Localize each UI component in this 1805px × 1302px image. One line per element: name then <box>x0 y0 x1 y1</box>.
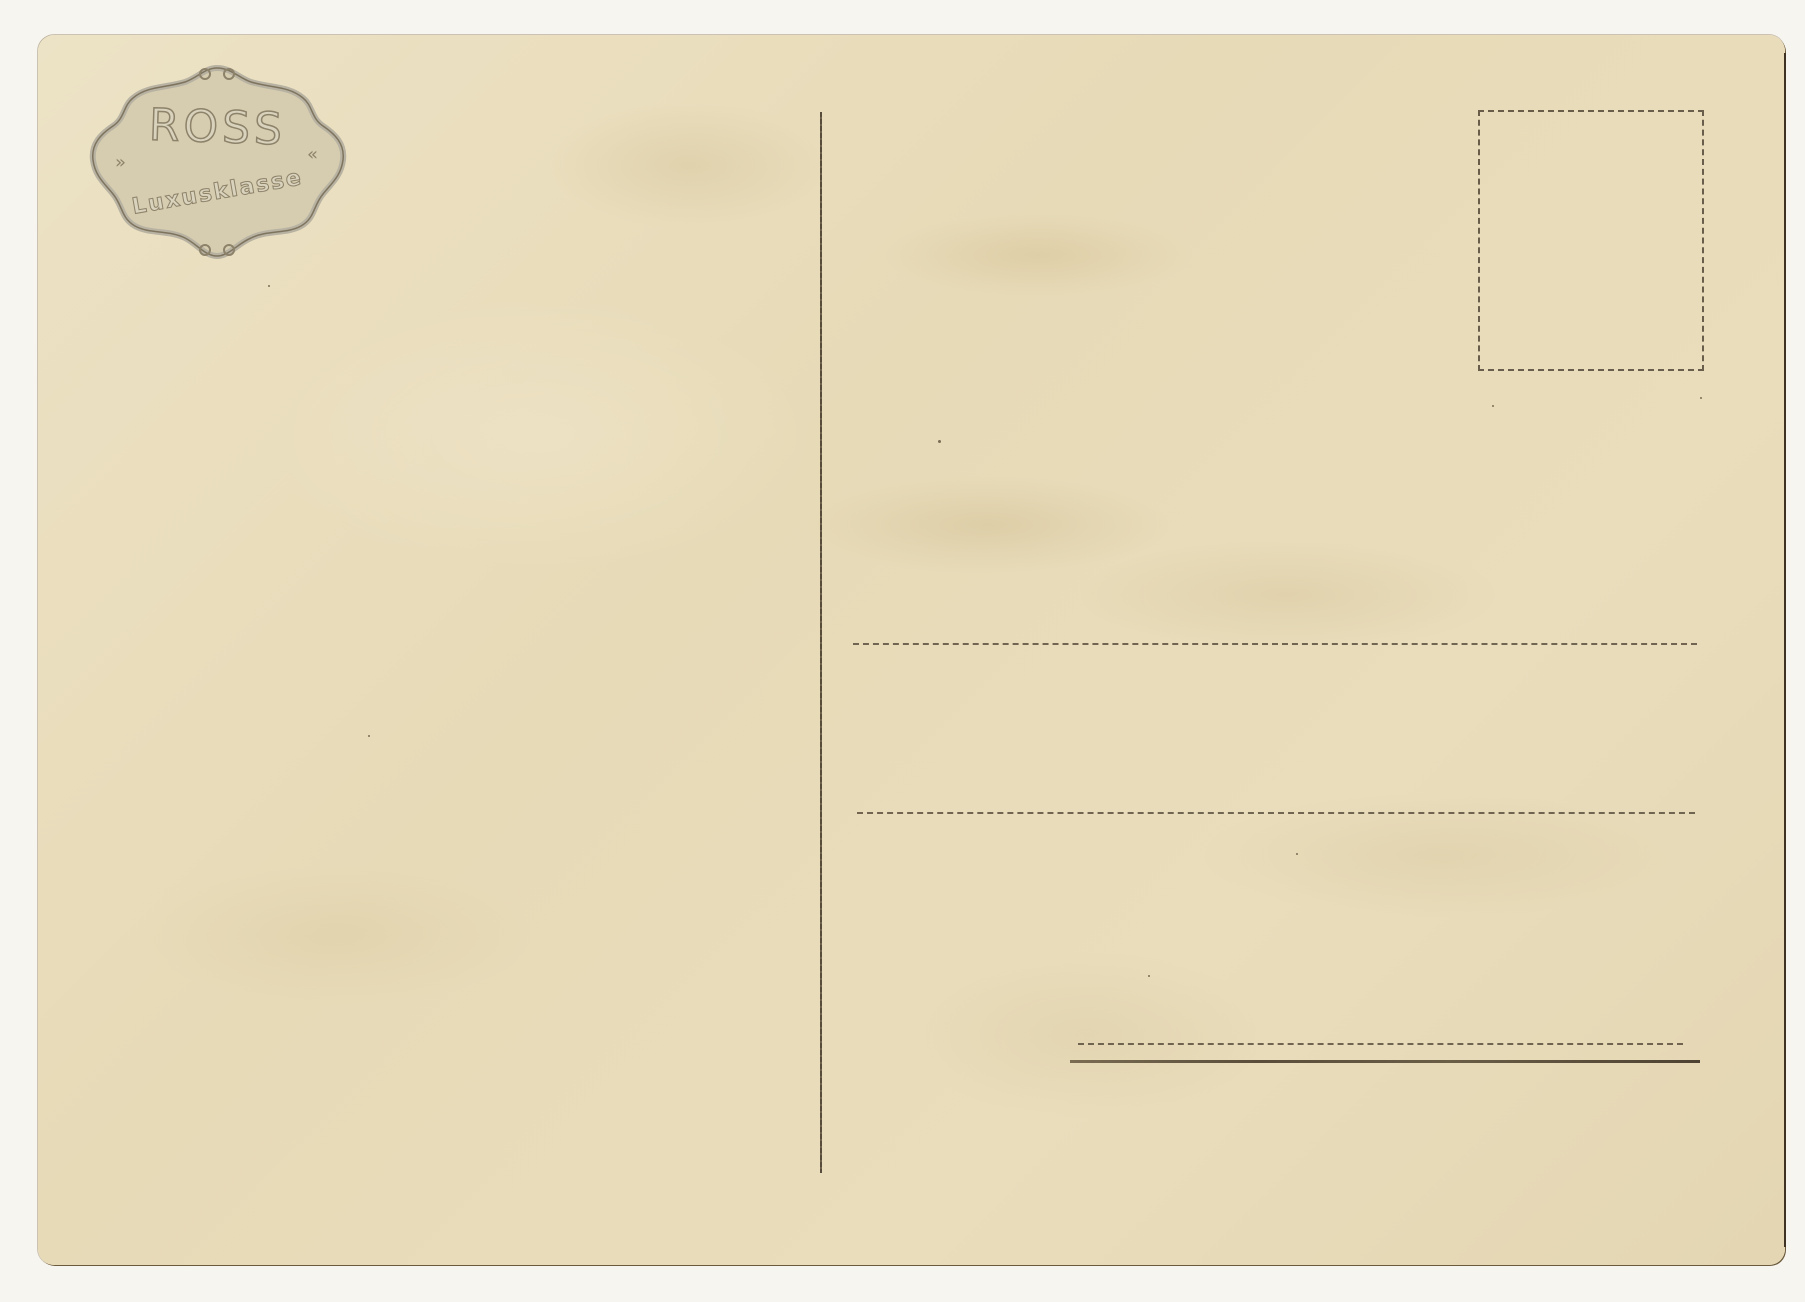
paper-speck <box>268 285 270 287</box>
stamp-box <box>1478 110 1704 371</box>
address-line-1 <box>853 643 1697 645</box>
message-address-divider <box>820 112 822 1173</box>
brand-badge: » « ROSS Luxusklasse <box>85 60 350 265</box>
address-line-2 <box>857 812 1695 814</box>
address-line-4 <box>1070 1060 1700 1063</box>
svg-text:»: » <box>115 152 126 173</box>
postcard-back: » « ROSS Luxusklasse <box>38 35 1785 1265</box>
paper-speck <box>938 440 941 443</box>
paper-speck <box>1148 975 1150 977</box>
paper-speck <box>368 735 370 737</box>
badge-brand-text: ROSS <box>84 97 351 157</box>
paper-speck <box>1296 853 1298 855</box>
card-edge <box>1784 53 1786 1247</box>
paper-speck <box>1700 397 1702 399</box>
paper-speck <box>1492 405 1494 407</box>
address-line-3 <box>1078 1043 1683 1045</box>
